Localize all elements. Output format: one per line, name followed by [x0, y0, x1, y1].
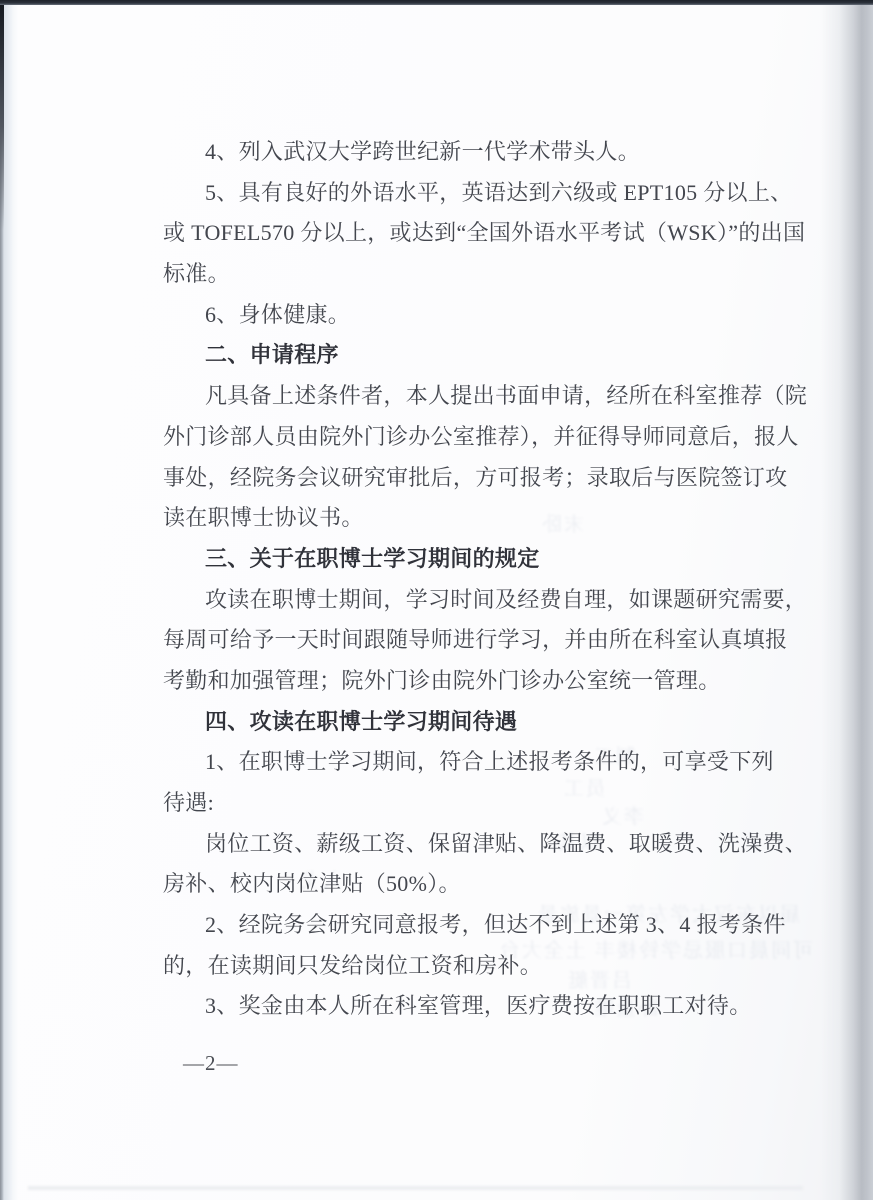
- text-line: 3、奖金由本人所在科室管理，医疗费按在职职工对待。: [163, 986, 817, 1027]
- text-line: 待遇:: [163, 783, 817, 824]
- page-number: —2—: [183, 1051, 239, 1076]
- text-line: 标准。: [163, 254, 817, 295]
- text-line: 4、列入武汉大学跨世纪新一代学术带头人。: [163, 132, 817, 173]
- text-line: 的，在读期间只发给岗位工资和房补。: [163, 946, 817, 987]
- text-line: 2、经院务会研究同意报考，但达不到上述第 3、4 报考条件: [163, 905, 817, 946]
- text-line: 考勤和加强管理；院外门诊由院外门诊办公室统一管理。: [163, 661, 817, 702]
- section-heading: 二、申请程序: [163, 335, 817, 376]
- scan-right-edge: [821, 0, 873, 1200]
- text-line: 5、具有良好的外语水平，英语达到六级或 EPT105 分以上、: [163, 173, 817, 214]
- text-line: 岗位工资、薪级工资、保留津贴、降温费、取暖费、洗澡费、: [163, 824, 817, 865]
- bottom-scan-line: [28, 1186, 803, 1190]
- text-line: 6、身体健康。: [163, 295, 817, 336]
- text-line: 攻读在职博士期间，学习时间及经费自理，如课题研究需要，: [163, 580, 817, 621]
- text-line: 读在职博士协议书。: [163, 498, 817, 539]
- section-heading: 三、关于在职博士学习期间的规定: [163, 539, 817, 580]
- text-line: 事处，经院务会议研究审批后，方可报考；录取后与医院签订攻: [163, 458, 817, 499]
- text-line: 1、在职博士学习期间，符合上述报考条件的，可享受下列: [163, 742, 817, 783]
- text-line: 或 TOFEL570 分以上，或达到“全国外语水平考试（WSK）”的出国: [163, 213, 817, 254]
- text-line: 每周可给予一天时间跟随导师进行学习，并由所在科室认真填报: [163, 620, 817, 661]
- text-line: 凡具备上述条件者，本人提出书面申请，经所在科室推荐（院: [163, 376, 817, 417]
- scan-left-edge-dark: [0, 0, 4, 230]
- text-line: 外门诊部人员由院外门诊办公室推荐），并征得导师同意后，报人: [163, 417, 817, 458]
- scan-top-edge: [0, 0, 873, 5]
- document-text: 4、列入武汉大学跨世纪新一代学术带头人。5、具有良好的外语水平，英语达到六级或 …: [163, 132, 817, 1027]
- document-page: 末卧制工员工李义以其入戈届以东汉大学左第一景旅景可同晨口服忌学铃楼丰 土全大台吕…: [0, 0, 873, 1200]
- section-heading: 四、攻读在职博士学习期间待遇: [163, 702, 817, 743]
- text-line: 房补、校内岗位津贴（50%）。: [163, 864, 817, 905]
